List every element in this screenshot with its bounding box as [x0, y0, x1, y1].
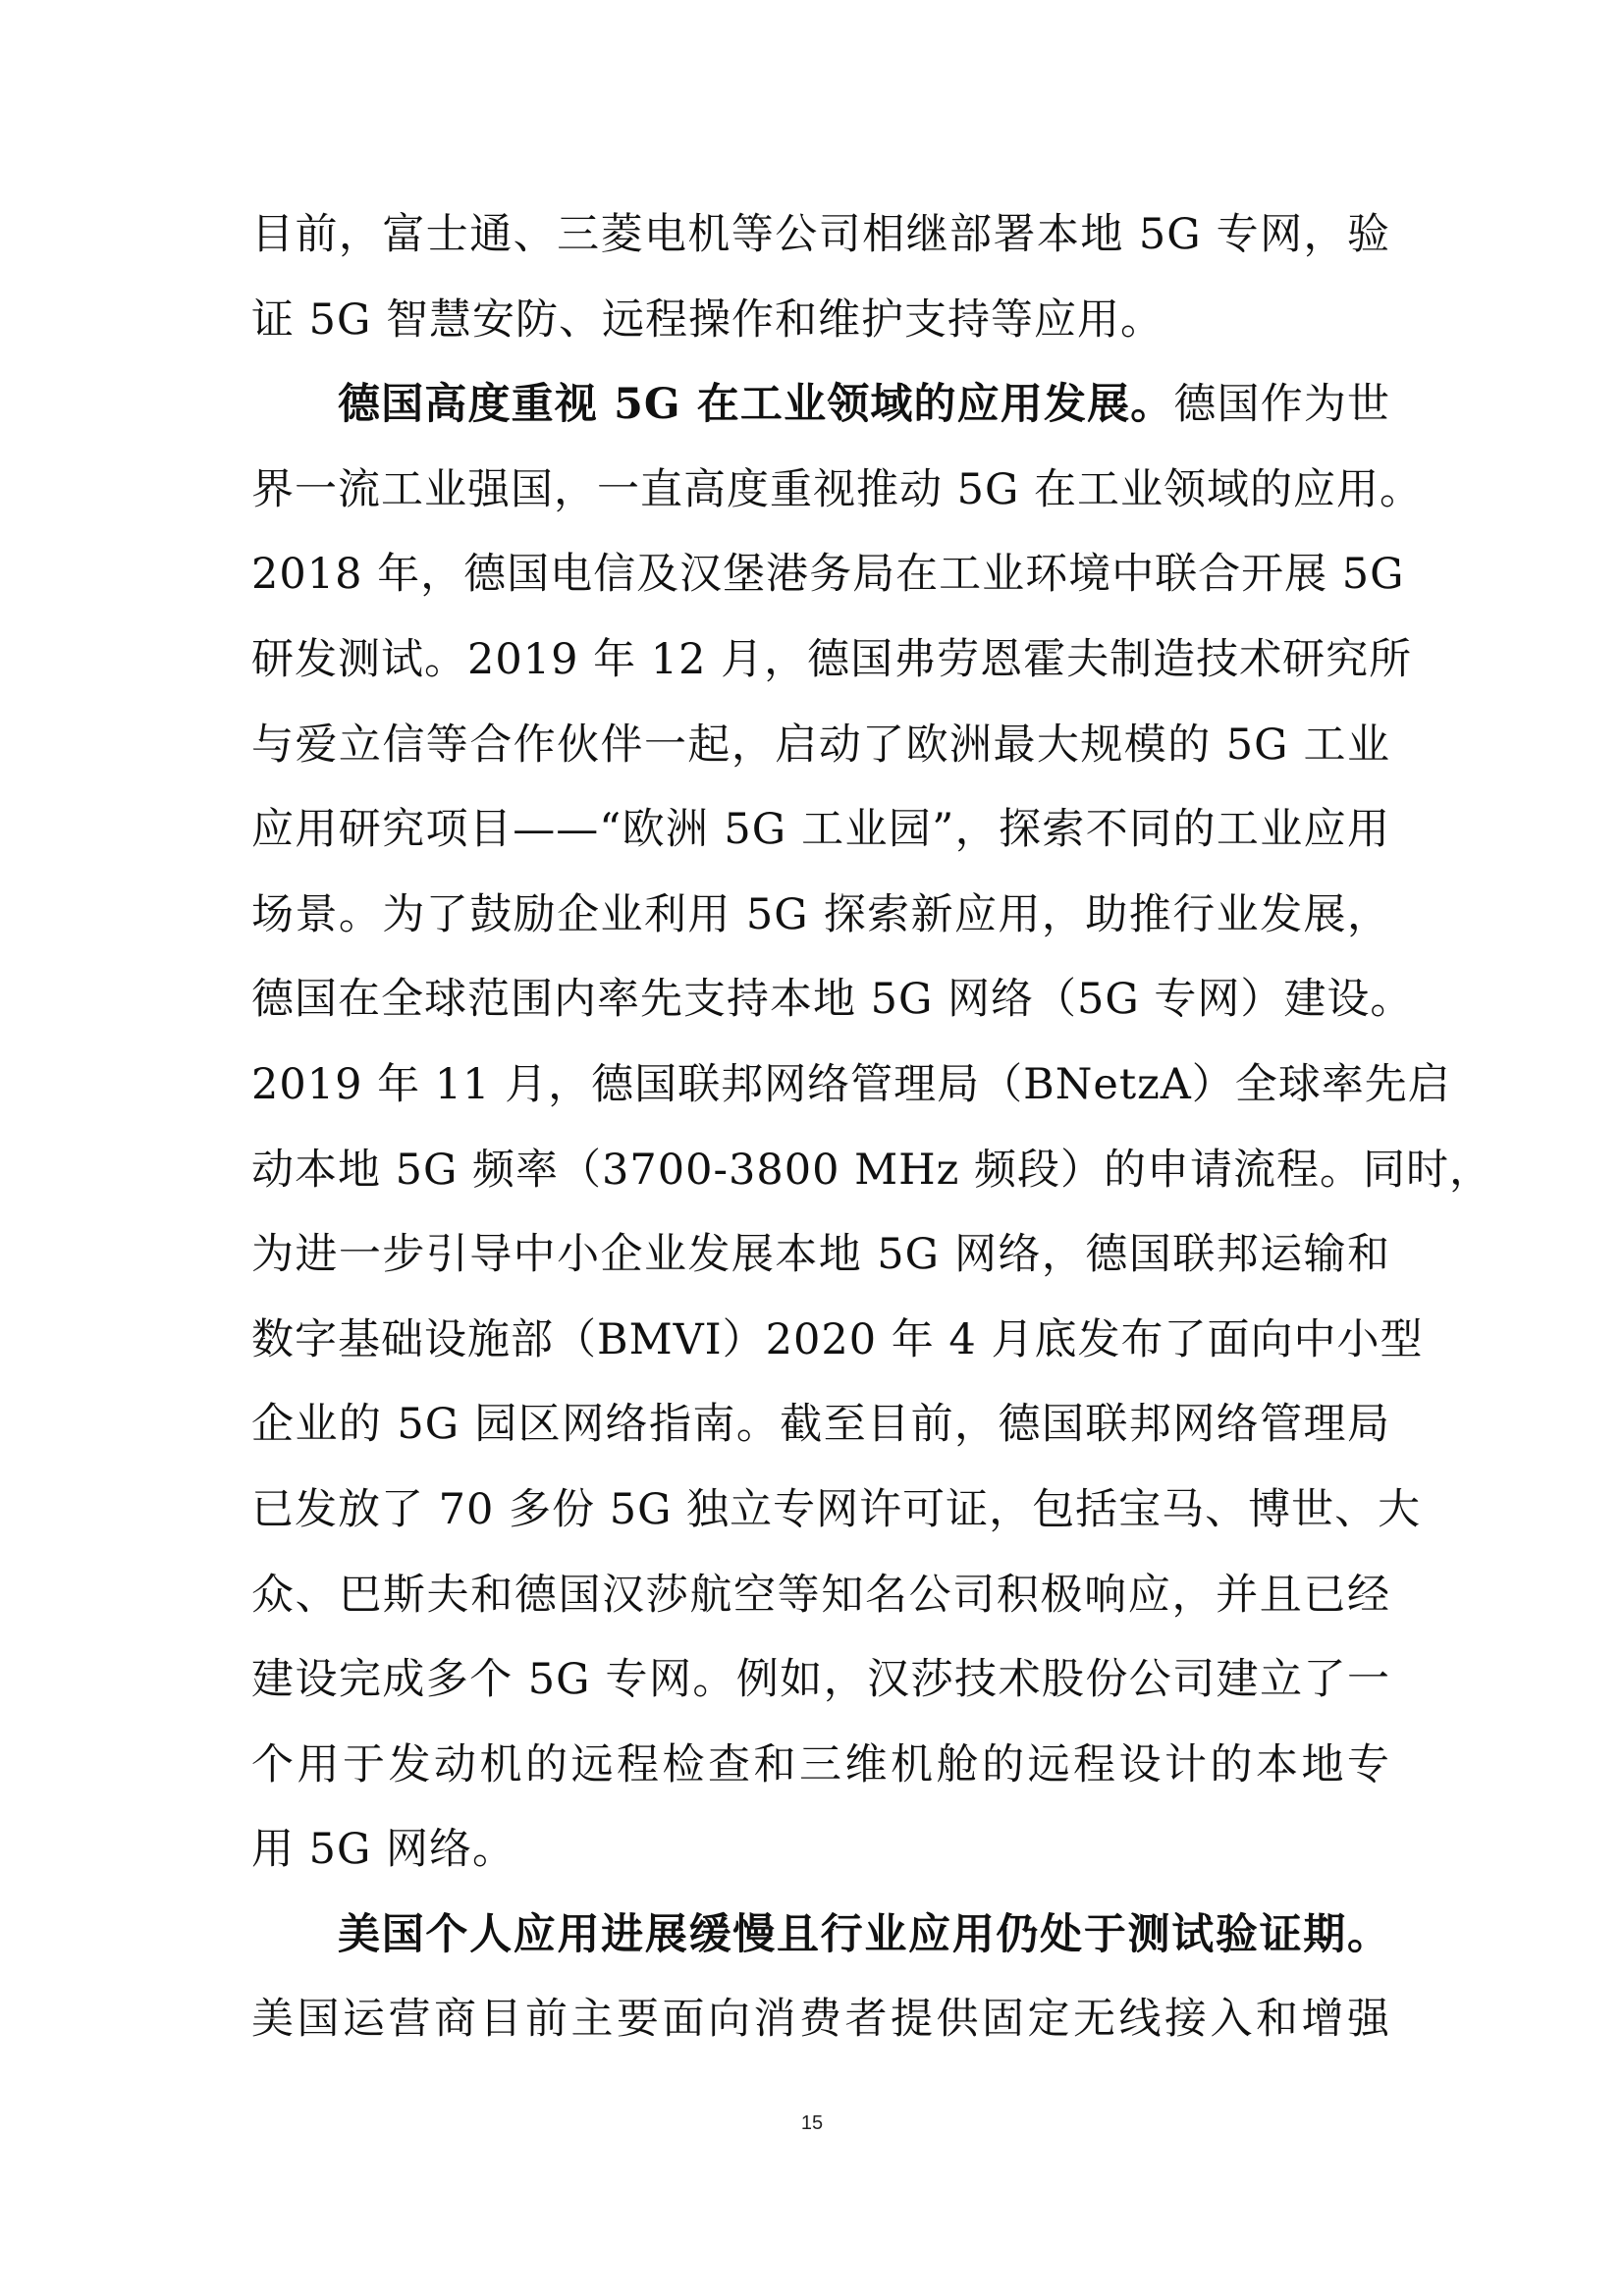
paragraph-line: 场景。为了鼓励企业利用 5G 探索新应用，助推行业发展，: [251, 873, 1390, 958]
paragraph-line: 美国个人应用进展缓慢且行业应用仍处于测试验证期。: [251, 1893, 1390, 1978]
paragraph-line: 建设完成多个 5G 专网。例如，汉莎技术股份公司建立了一: [251, 1637, 1390, 1723]
paragraph-line: 众、巴斯夫和德国汉莎航空等知名公司积极响应，并且已经: [251, 1553, 1390, 1638]
paragraph-heading-usa: 美国个人应用进展缓慢且行业应用仍处于测试验证期。: [338, 1910, 1390, 1959]
paragraph-line: 证 5G 智慧安防、远程操作和维护支持等应用。: [251, 278, 1390, 363]
paragraph-line: 美国运营商目前主要面向消费者提供固定无线接入和增强: [251, 1977, 1390, 2062]
paragraph-line: 已发放了 70 多份 5G 独立专网许可证，包括宝马、博世、大: [251, 1468, 1390, 1553]
paragraph-line: 2018 年，德国电信及汉堡港务局在工业环境中联合开展 5G: [251, 532, 1390, 617]
paragraph-line: 与爱立信等合作伙伴一起，启动了欧洲最大规模的 5G 工业: [251, 703, 1390, 788]
paragraph-line: 德国在全球范围内率先支持本地 5G 网络（5G 专网）建设。: [251, 957, 1390, 1042]
paragraph-heading-germany: 德国高度重视 5G 在工业领域的应用发展。: [338, 380, 1173, 429]
paragraph-line: 研发测试。2019 年 12 月，德国弗劳恩霍夫制造技术研究所: [251, 617, 1390, 703]
paragraph-line: 动本地 5G 频率（3700-3800 MHz 频段）的申请流程。同时，: [251, 1128, 1390, 1213]
paragraph-line: 应用研究项目——“欧洲 5G 工业园”，探索不同的工业应用: [251, 787, 1390, 873]
paragraph-line: 目前，富士通、三菱电机等公司相继部署本地 5G 专网，验: [251, 192, 1390, 278]
paragraph-line: 企业的 5G 园区网络指南。截至目前，德国联邦网络管理局: [251, 1382, 1390, 1468]
paragraph-text: 德国作为世: [1173, 380, 1390, 429]
paragraph-line: 德国高度重视 5G 在工业领域的应用发展。德国作为世: [251, 362, 1390, 448]
paragraph-line: 2019 年 11 月，德国联邦网络管理局（BNetzA）全球率先启: [251, 1042, 1390, 1128]
paragraph-line: 为进一步引导中小企业发展本地 5G 网络，德国联邦运输和: [251, 1212, 1390, 1298]
page-number: 15: [0, 2112, 1624, 2135]
document-body: 目前，富士通、三菱电机等公司相继部署本地 5G 专网，验 证 5G 智慧安防、远…: [251, 192, 1390, 2062]
paragraph-line: 用 5G 网络。: [251, 1807, 1390, 1893]
paragraph-line: 界一流工业强国，一直高度重视推动 5G 在工业领域的应用。: [251, 448, 1390, 533]
paragraph-line: 个用于发动机的远程检查和三维机舱的远程设计的本地专: [251, 1723, 1390, 1808]
paragraph-line: 数字基础设施部（BMVI）2020 年 4 月底发布了面向中小型: [251, 1298, 1390, 1383]
